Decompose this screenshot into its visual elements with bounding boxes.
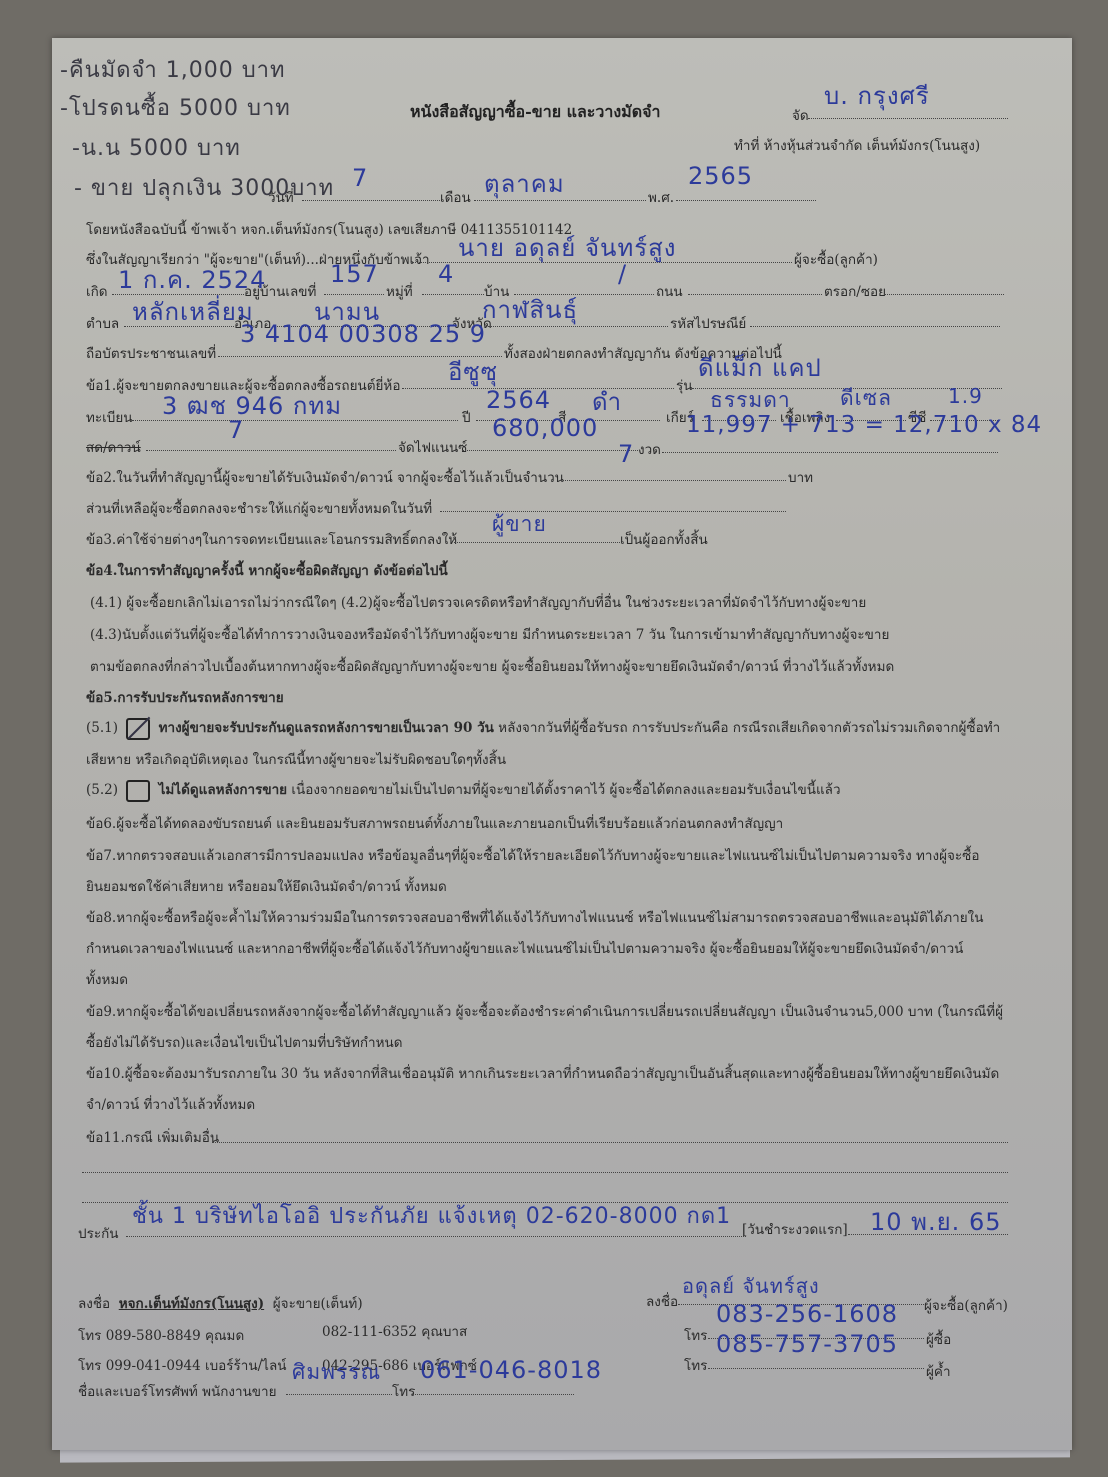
- clause-8a: ข้อ8.หากผู้จะซื้อหรือผู้จะค้ำไม่ให้ความร…: [86, 906, 983, 928]
- place: ทำที่ ห้างหุ้นส่วนจำกัด เต็นท์มังกร(โนนส…: [734, 134, 980, 156]
- no-warranty-checkbox[interactable]: [126, 780, 150, 802]
- branch-value: บ. กรุงศรี: [824, 76, 930, 115]
- car-year-label: ปี: [462, 406, 471, 428]
- clause-5-2-rest: เนื่องจากยอดขายไม่เป็นไปตามที่ผู้จะขายได…: [287, 782, 840, 798]
- seller-sign-label: ลงชื่อ: [78, 1296, 110, 1312]
- road-label: ถนน: [656, 280, 683, 302]
- salesperson-tel-label: โทร: [392, 1380, 415, 1402]
- first-due-value: 10 พ.ย. 65: [870, 1202, 1001, 1241]
- postal-label: รหัสไปรษณีย์: [670, 312, 746, 334]
- salesperson-name: ศิมพรรณ: [292, 1356, 381, 1389]
- province-value: กาฬสินธุ์: [482, 290, 578, 329]
- down-label: สด/ดาวน์: [86, 436, 141, 458]
- plate-label: ทะเบียน: [86, 406, 132, 428]
- clause-5-1: (5.1) ทางผู้ขายจะรับประกันดูแลรถหลังการข…: [86, 716, 1000, 740]
- seller-name: หจก.เต็นท์มังกร(โนนสูง): [119, 1296, 264, 1312]
- installment-label: งวด: [638, 438, 661, 460]
- clause-5-2-bold: ไม่ได้ดูแลหลังการขาย: [159, 782, 287, 798]
- fuel-value: ดีเซล: [840, 382, 892, 415]
- buyer-tel: 083-256-1608: [716, 1300, 898, 1328]
- margin-note: -คืนมัดจำ 1,000 บาท: [60, 52, 286, 87]
- clause-5-1-bold: ทางผู้ขายจะรับประกันดูแลรถหลังการขายเป็น…: [159, 720, 494, 736]
- model-label: รุ่น: [676, 374, 692, 396]
- deposit-value: 7: [618, 440, 634, 468]
- clause-5-1-rest: หลังจากวันที่ผู้ซื้อรับรถ การรับประกันคื…: [494, 720, 1000, 736]
- baht-label: บาท: [788, 466, 813, 488]
- clause-8b: กำหนดเวลาของไฟแนนซ์ และหากอาชีพที่ผู้จะซ…: [86, 937, 963, 959]
- clause-2: ข้อ2.ในวันที่ทำสัญญานี้ผู้จะขายได้รับเงิ…: [86, 466, 564, 488]
- margin-note: - ขาย ปลุกเงิน 3000บาท: [74, 170, 334, 205]
- year-label: พ.ศ.: [648, 186, 674, 208]
- seller-role: ผู้จะขาย(เต็นท์): [273, 1296, 363, 1312]
- finance-value: 680,000: [492, 414, 598, 442]
- day-label: วันที่: [268, 186, 294, 208]
- seller-sign-row: ลงชื่อ หจก.เต็นท์มังกร(โนนสูง) ผู้จะขาย(…: [78, 1292, 363, 1314]
- buyer-tel-role: ผู้ซื้อ: [926, 1328, 951, 1350]
- birth-label: เกิด: [86, 280, 108, 302]
- clause-3-suffix: เป็นผู้ออกทั้งสิ้น: [620, 528, 708, 550]
- installment-value: 11,997 + 713 = 12,710 x 84: [686, 412, 1042, 438]
- clause-5: ข้อ5.การรับประกันรถหลังการขาย: [86, 686, 284, 708]
- expense-payer-value: ผู้ขาย: [492, 508, 547, 541]
- clause-5-2-number: (5.2): [86, 782, 118, 798]
- clause-2b: ส่วนที่เหลือผู้จะซื้อตกลงจะชำระให้แก่ผู้…: [86, 497, 432, 519]
- salesperson-label: ชื่อและเบอร์โทรศัพท์ พนักงานขาย: [78, 1380, 277, 1402]
- finance-label: จัดไฟแนนซ์: [398, 436, 467, 458]
- id-value: 3 4104 00308 25 9: [240, 320, 486, 348]
- moo-label: หมู่ที่: [386, 280, 413, 302]
- insurance-label: ประกัน: [78, 1222, 118, 1244]
- year-value: 2565: [688, 162, 753, 190]
- buyer-signature: อดุลย์ จันทร์สูง: [682, 1270, 820, 1302]
- subdistrict-label: ตำบล: [86, 312, 119, 334]
- shop-line-phone: โทร 099-041-0944 เบอร์ร้าน/ไลน์: [78, 1354, 286, 1376]
- month-label: เดือน: [440, 186, 471, 208]
- clause-7b: ยินยอมชดใช้ค่าเสียหาย หรือยอมให้ยึดเงินม…: [86, 875, 447, 897]
- cc-value: 1.9: [948, 384, 983, 408]
- clause-3: ข้อ3.ค่าใช้จ่ายต่างๆในการจดทะเบียนและโอน…: [86, 528, 457, 550]
- down-value: 7: [228, 416, 244, 444]
- clause-9b: ซื้อยังไม่ได้รับรถ)และเงื่อนไขเป็นไปตามท…: [86, 1031, 403, 1053]
- soi-label: ตรอก/ซอย: [824, 280, 886, 302]
- buyer-tel-label: โทร: [684, 1324, 707, 1346]
- guarantor-tel-role: ผู้ค้ำ: [926, 1360, 951, 1382]
- buyer-sign-role: ผู้จะซื้อ(ลูกค้า): [924, 1294, 1008, 1316]
- margin-note: -น.น 5000 บาท: [72, 130, 241, 165]
- clause-4-1: (4.1) ผู้จะซื้อยกเลิกไม่เอารถไม่ว่ากรณีใ…: [90, 591, 866, 613]
- contract-paper: -คืนมัดจำ 1,000 บาท -โปรดนซื้อ 5000 บาท …: [52, 38, 1072, 1450]
- id-label: ถือบัตรประชาชนเลขที่: [86, 342, 216, 364]
- buyer-name: นาย อดุลย์ จันทร์สูง: [458, 228, 677, 267]
- clause-10b: จำ/ดาวน์ ที่วางไว้แล้วทั้งหมด: [86, 1093, 255, 1115]
- margin-note: -โปรดนซื้อ 5000 บาท: [60, 90, 291, 125]
- moo-value: 4: [438, 260, 454, 288]
- clause-5-2: (5.2) ไม่ได้ดูแลหลังการขาย เนื่องจากยอดข…: [86, 778, 841, 802]
- clause-9a: ข้อ9.หากผู้จะซื้อได้ขอเปลี่ยนรถหลังจากผู…: [86, 1000, 1003, 1022]
- clause-5-1-line2: เสียหาย หรือเกิดอุบัติเหตุเอง ในกรณีนี้ท…: [86, 748, 506, 770]
- document-title: หนังสือสัญญาซื้อ-ขาย และวางมัดจำ: [410, 100, 660, 125]
- clause-7a: ข้อ7.หากตรวจสอบแล้วเอกสารมีการปลอมแปลง ห…: [86, 844, 979, 866]
- guarantor-tel-label: โทร: [684, 1354, 707, 1376]
- house-value: 157: [330, 260, 379, 288]
- clause-4-3: (4.3)นับตั้งแต่วันที่ผู้จะซื้อได้ทำการวา…: [90, 623, 889, 645]
- model-value: ดีแม็ก แคป: [698, 348, 822, 387]
- plate-value: 3 ฒช 946 กทม: [162, 386, 342, 425]
- warranty-90-days-checkbox[interactable]: [126, 718, 150, 740]
- clause-4-4: ตามข้อตกลงที่กล่าวไปเบื้องต้นหากทางผู้จะ…: [90, 655, 894, 677]
- seller-phone-2: 082-111-6352 คุณบาส: [322, 1320, 467, 1342]
- first-due-label: [วันชำระงวดแรก]: [742, 1218, 848, 1240]
- guarantor-tel: 085-757-3705: [716, 1330, 898, 1358]
- buyer-sign-label: ลงชื่อ: [646, 1290, 678, 1312]
- seller-phone-1: โทร 089-580-8849 คุณมด: [78, 1324, 244, 1346]
- clause-6: ข้อ6.ผู้จะซื้อได้ทดลองขับรถยนต์ และยินยอ…: [86, 812, 783, 834]
- village-value: /: [618, 260, 627, 288]
- branch-label: จัด: [792, 104, 809, 126]
- clause-10a: ข้อ10.ผู้ซื้อจะต้องมารับรถภายใน 30 วัน ห…: [86, 1062, 999, 1084]
- car-year-value: 2564: [486, 386, 551, 414]
- salesperson-tel: 061-046-8018: [420, 1356, 602, 1384]
- clause-8c: ทั้งหมด: [86, 968, 128, 990]
- buyer-suffix: ผู้จะซื้อ(ลูกค้า): [794, 248, 878, 270]
- month-value: ตุลาคม: [484, 164, 565, 203]
- clause-5-1-number: (5.1): [86, 720, 118, 736]
- clause-4: ข้อ4.ในการทำสัญญาครั้งนี้ หากผู้จะซื้อผิ…: [86, 559, 448, 581]
- insurance-value: ชั้น 1 บริษัทไอโออิ ประกันภัย แจ้งเหตุ 0…: [132, 1198, 731, 1233]
- clause-11: ข้อ11.กรณี เพิ่มเติมอื่น: [86, 1126, 219, 1148]
- house-label: อยู่บ้านเลขที่: [244, 280, 316, 302]
- day-value: 7: [352, 164, 368, 192]
